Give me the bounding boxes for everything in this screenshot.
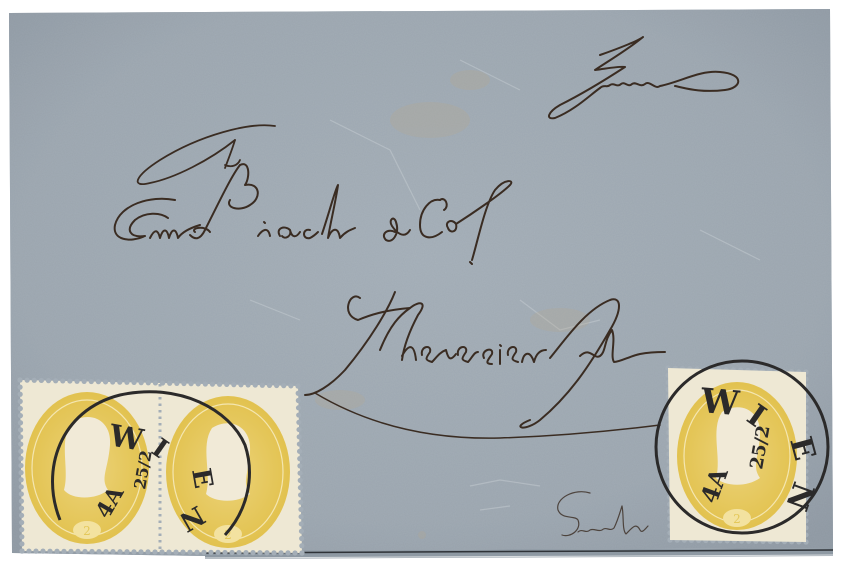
perforation-hole xyxy=(40,549,45,554)
perforation-hole xyxy=(131,380,136,385)
perforation-hole xyxy=(296,427,301,432)
perforation-hole xyxy=(18,463,23,468)
perforation-hole xyxy=(110,549,115,554)
perforation-hole xyxy=(18,399,23,404)
perforation-hole xyxy=(18,449,23,454)
perforation-hole xyxy=(296,391,301,396)
perforation-hole xyxy=(257,550,262,555)
perforation-hole xyxy=(138,549,143,554)
perforation-hole xyxy=(145,549,150,554)
perforation-hole xyxy=(210,382,215,387)
perforation-hole xyxy=(25,378,30,383)
perforation-hole xyxy=(296,412,301,417)
perforation-hole xyxy=(278,550,283,555)
perforation-hole xyxy=(18,442,23,447)
perforation-hole xyxy=(96,379,101,384)
perforation-hole xyxy=(131,549,136,554)
perforation-hole xyxy=(299,514,304,519)
perforation-hole xyxy=(17,377,22,382)
perforation-hole xyxy=(19,499,24,504)
perforation-hole xyxy=(117,380,122,385)
perforation-hole xyxy=(194,550,199,555)
perforation-hole xyxy=(19,520,24,525)
perforation-hole xyxy=(281,383,286,388)
perforation-hole xyxy=(89,549,94,554)
perforation-hole xyxy=(19,541,24,546)
perforation-hole xyxy=(180,550,185,555)
perforation-hole xyxy=(68,549,73,554)
perforation-hole xyxy=(238,382,243,387)
perforation-hole xyxy=(299,536,304,541)
perforation-hole xyxy=(124,549,129,554)
perforation-hole xyxy=(196,381,201,386)
stamp-1: 2 xyxy=(25,392,149,544)
perforation-hole xyxy=(19,477,24,482)
perforation-hole xyxy=(152,549,157,554)
perforation-hole xyxy=(297,449,302,454)
perforation-hole xyxy=(188,381,193,386)
perforation-hole xyxy=(19,548,24,553)
perforation-hole xyxy=(18,470,23,475)
perforation-hole xyxy=(222,550,227,555)
perforation-hole xyxy=(110,379,115,384)
perforation-hole xyxy=(124,380,129,385)
perforation-hole xyxy=(173,550,178,555)
perforation-hole xyxy=(299,529,304,534)
perforation-hole xyxy=(61,549,66,554)
perforation-hole xyxy=(159,549,164,554)
perforation-hole xyxy=(17,385,22,390)
perforation-hole xyxy=(215,550,220,555)
perforation-hole xyxy=(299,521,304,526)
perforation-hole xyxy=(139,380,144,385)
perforation-hole xyxy=(75,549,80,554)
perforation-hole xyxy=(292,550,297,555)
perforation-hole xyxy=(18,392,23,397)
perforation-hole xyxy=(74,379,79,384)
perforation-hole xyxy=(46,378,51,383)
perforation-hole xyxy=(18,456,23,461)
perforation-hole xyxy=(19,513,24,518)
perforation-hole xyxy=(298,492,303,497)
perforation-hole xyxy=(160,380,165,385)
perforation-hole xyxy=(26,548,31,553)
perforation-hole xyxy=(295,383,300,388)
perforation-hole xyxy=(297,441,302,446)
perforation-hole xyxy=(18,413,23,418)
perforation-hole xyxy=(208,550,213,555)
perforation-hole xyxy=(19,491,24,496)
perforation-hole xyxy=(298,478,303,483)
perforation-hole xyxy=(299,550,304,555)
perforation-hole xyxy=(243,550,248,555)
perforation-hole xyxy=(298,507,303,512)
perforation-hole xyxy=(260,383,265,388)
stamp-3-denomination: 2 xyxy=(733,512,741,526)
perforation-hole xyxy=(82,379,87,384)
perforation-hole xyxy=(271,550,276,555)
perforation-hole xyxy=(167,381,172,386)
perforation-hole xyxy=(146,380,151,385)
perforation-hole xyxy=(274,383,279,388)
perforation-hole xyxy=(267,383,272,388)
perforation-hole xyxy=(229,550,234,555)
perforation-hole xyxy=(18,420,23,425)
perforation-hole xyxy=(174,381,179,386)
perforation-hole xyxy=(201,550,206,555)
perforation-hole xyxy=(297,471,302,476)
perforation-hole xyxy=(297,463,302,468)
stamp-1-denomination: 2 xyxy=(83,524,91,538)
perforation-hole xyxy=(203,381,208,386)
perforation-hole xyxy=(19,484,24,489)
perforation-hole xyxy=(60,378,65,383)
perforation-hole xyxy=(298,500,303,505)
perforation-hole xyxy=(231,382,236,387)
postmark-right-city-w: W xyxy=(698,381,741,424)
perforation-hole xyxy=(285,550,290,555)
perforation-hole xyxy=(96,549,101,554)
perforation-hole xyxy=(246,382,251,387)
perforation-hole xyxy=(298,485,303,490)
perforation-hole xyxy=(117,549,122,554)
perforation-hole xyxy=(297,456,302,461)
perforation-hole xyxy=(18,434,23,439)
perforation-hole xyxy=(54,549,59,554)
perforation-hole xyxy=(250,550,255,555)
perforation-hole xyxy=(224,382,229,387)
perforation-hole xyxy=(39,378,44,383)
perforation-hole xyxy=(296,420,301,425)
perforation-hole xyxy=(296,398,301,403)
perforation-hole xyxy=(18,406,23,411)
perforation-hole xyxy=(67,378,72,383)
perforation-hole xyxy=(236,550,241,555)
perforation-hole xyxy=(153,380,158,385)
perforation-hole xyxy=(89,379,94,384)
perforation-hole xyxy=(19,506,24,511)
perforation-hole xyxy=(82,549,87,554)
perforation-hole xyxy=(253,382,258,387)
perforation-hole xyxy=(181,381,186,386)
perforation-hole xyxy=(53,378,58,383)
perforation-hole xyxy=(288,383,293,388)
perforation-hole xyxy=(166,549,171,554)
perforation-hole xyxy=(19,534,24,539)
stamp-pair-left: 2 2 xyxy=(20,380,302,553)
perforation-hole xyxy=(299,543,304,548)
perforation-hole xyxy=(296,405,301,410)
perforation-hole xyxy=(297,434,302,439)
perforation-hole xyxy=(103,379,108,384)
perforation-hole xyxy=(187,550,192,555)
perforation-hole xyxy=(103,549,108,554)
perforation-hole xyxy=(19,527,24,532)
perforation-hole xyxy=(32,378,37,383)
perforation-hole xyxy=(264,550,269,555)
perforation-hole xyxy=(217,382,222,387)
cover-image: 2 2 W I E N 25/2 4A 2 W I xyxy=(0,0,850,571)
perforation-hole xyxy=(33,549,38,554)
perforation-hole xyxy=(18,427,23,432)
perforation-hole xyxy=(47,549,52,554)
